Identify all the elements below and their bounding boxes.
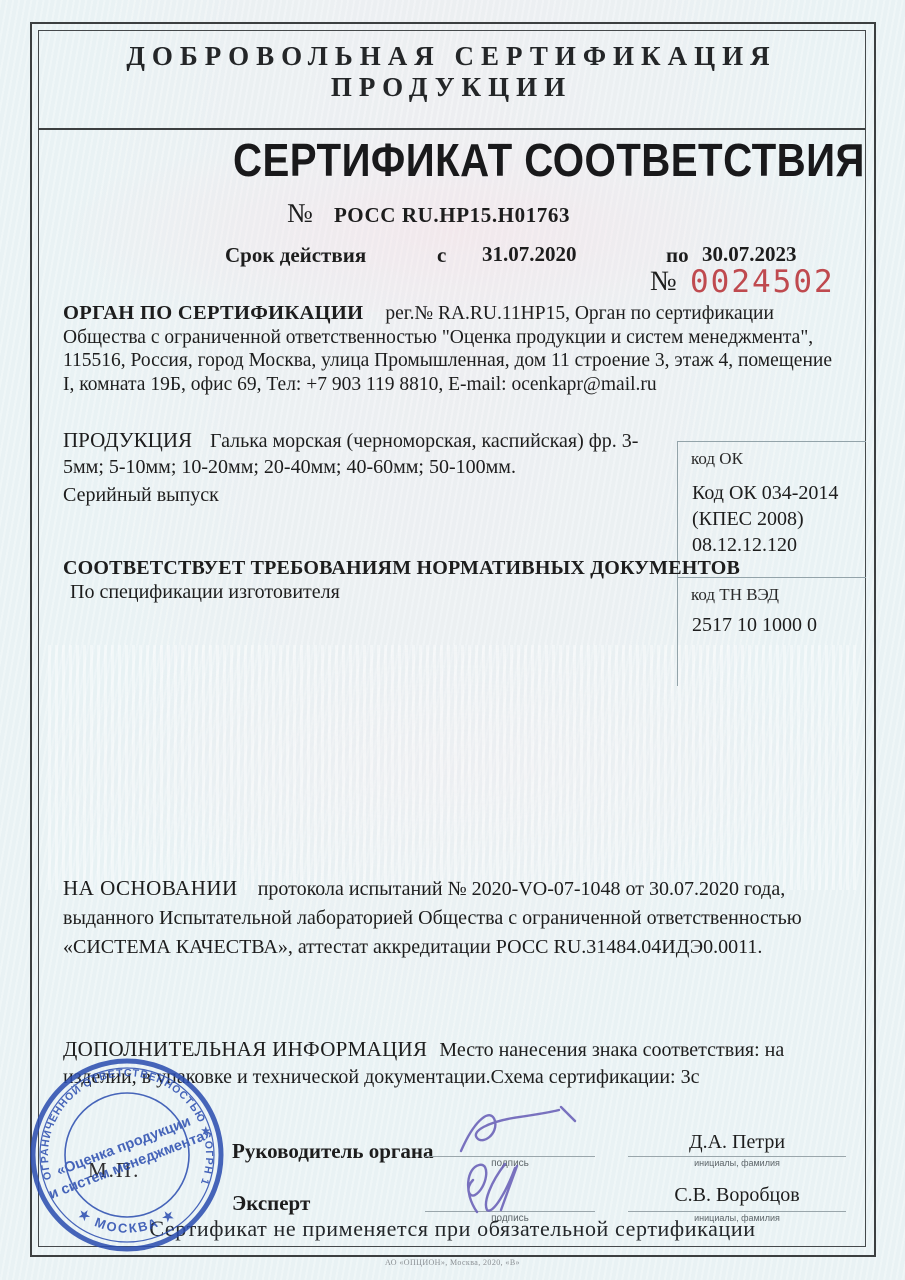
certificate-page: ДОБРОВОЛЬНАЯ СЕРТИФИКАЦИЯ ПРОДУКЦИИ СЕРТ… <box>0 0 905 1280</box>
expert-role-label: Эксперт <box>232 1191 310 1216</box>
basis-paragraph: НА ОСНОВАНИИпротокола испытаний № 2020-V… <box>63 874 845 962</box>
validity-to-label: по <box>666 243 689 268</box>
serial-note: Серийный выпуск <box>63 484 219 507</box>
expert-name-line <box>628 1211 846 1212</box>
number-sign: № <box>287 198 313 229</box>
head-name: Д.А. Петри <box>628 1131 846 1154</box>
certification-body-paragraph: ОРГАН ПО СЕРТИФИКАЦИИрег.№ RA.RU.11НР15,… <box>63 302 847 396</box>
code-ok-line: Код ОК 034-2014 <box>692 480 838 506</box>
product-label: ПРОДУКЦИЯ <box>63 428 192 452</box>
code-ok-line: (КПЕС 2008) <box>692 506 838 532</box>
compliance-label: СООТВЕТСТВУЕТ ТРЕБОВАНИЯМ НОРМАТИВНЫХ ДО… <box>63 557 740 580</box>
name-caption: инициалы, фамилия <box>628 1158 846 1168</box>
validity-from-date: 31.07.2020 <box>482 242 577 267</box>
code-ok-value: Код ОК 034-2014 (КПЕС 2008) 08.12.12.120 <box>692 480 838 558</box>
product-paragraph: ПРОДУКЦИЯГалька морская (черноморская, к… <box>63 427 677 480</box>
expert-signature-ink <box>443 1158 573 1216</box>
basis-label: НА ОСНОВАНИИ <box>63 876 238 900</box>
head-name-line <box>628 1156 846 1157</box>
banner-title: ДОБРОВОЛЬНАЯ СЕРТИФИКАЦИЯ ПРОДУКЦИИ <box>38 41 865 103</box>
company-stamp: ОБЩЕСТВО С ОГРАНИЧЕННОЙ ОТВЕТСТВЕННОСТЬЮ… <box>25 1053 230 1258</box>
validity-label: Срок действия <box>225 243 366 268</box>
expert-name: С.В. Воробцов <box>628 1184 846 1207</box>
code-tnved-box: код ТН ВЭД 2517 10 1000 0 <box>677 577 866 686</box>
banner-divider <box>38 128 865 130</box>
svg-text:★ МОСКВА ★: ★ МОСКВА ★ <box>75 1205 178 1235</box>
certificate-number: РОСС RU.НР15.Н01763 <box>334 203 570 228</box>
certificate-title: СЕРТИФИКАТ СООТВЕТСТВИЯ <box>233 133 865 187</box>
print-house-imprint: АО «ОПЦИОН», Москва, 2020, «В» <box>0 1258 905 1267</box>
stamp-bottom-text: ★ МОСКВА ★ <box>75 1205 178 1235</box>
form-number: 0024502 <box>690 264 835 300</box>
form-number-sign: № <box>650 266 677 298</box>
certification-body-label: ОРГАН ПО СЕРТИФИКАЦИИ <box>63 302 363 324</box>
validity-from-label: с <box>437 243 446 268</box>
compliance-text: По спецификации изготовителя <box>70 581 340 604</box>
code-ok-label: код ОК <box>691 449 743 469</box>
head-signature-ink <box>455 1105 595 1159</box>
code-ok-line: 08.12.12.120 <box>692 532 838 558</box>
code-tnved-value: 2517 10 1000 0 <box>692 614 817 637</box>
head-role-label: Руководитель органа <box>232 1139 434 1164</box>
code-tnved-label: код ТН ВЭД <box>691 585 779 605</box>
